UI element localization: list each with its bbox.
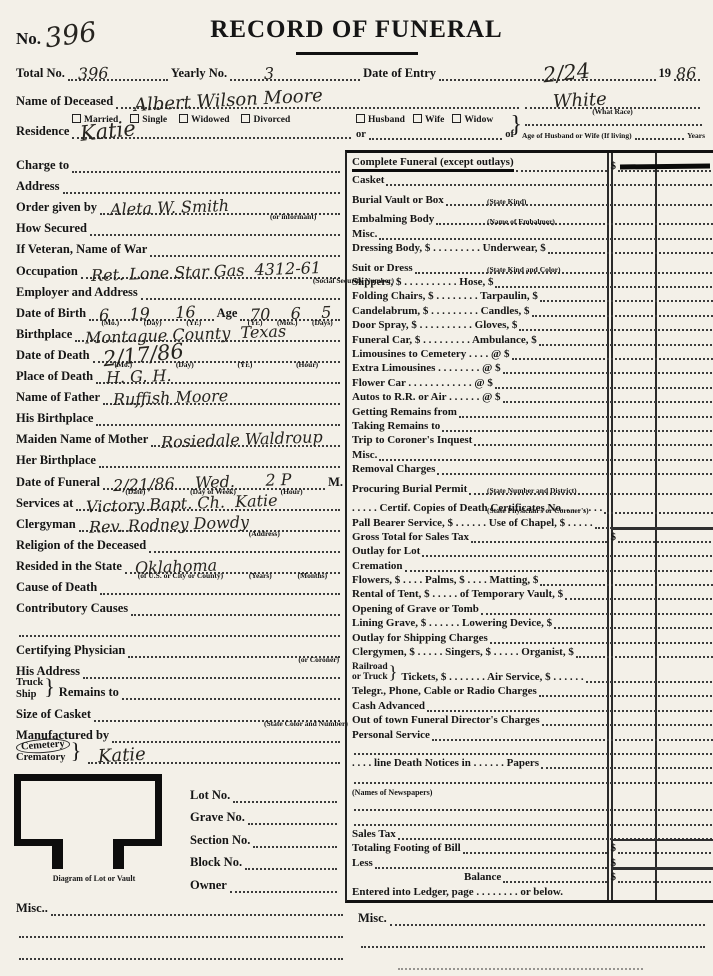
misc-right-faded-leader [398,955,643,970]
lot-leader [245,855,337,870]
field-row-resided-in-the-state: Resided in the StateOklahoma(of U.S. or … [16,553,343,574]
charge-label-cash-advanced: Cash Advanced [352,700,425,712]
field-label-contributory-causes: Contributory Causes [16,601,128,616]
field-leader: 2/17/86(Mo.)(Day)(Yr.)(Hour) [93,348,340,363]
charge-row-limousines-to-cemetery: Limousines to Cemetery . . . . @ $ [352,346,713,360]
charge-label-lining-grave-lowering-device: Lining Grave, $ . . . . . . Lowering Dev… [352,617,552,629]
lot-fields: Lot No.Grave No.Section No.Block No.Owne… [190,780,340,893]
charge-label-folding-chairs-tarpaulin: Folding Chairs, $ . . . . . . . . Tarpau… [352,290,538,302]
field-label-cause-of-death: Cause of Death [16,580,97,595]
misc-right-line-1 [358,926,708,948]
field-row-order-given-by: Order given byAleta W. Smith(or informan… [16,194,343,215]
misc-right-leader-1 [361,933,705,948]
lot-field-section-no: Section No. [190,825,340,848]
field-label-certifying-physician: Certifying Physician [16,643,125,658]
charge-label-suit-or-dress: Suit or Dress [352,262,413,274]
spouse-checkbox-wife [413,114,422,123]
charge-leader [415,263,713,274]
charge-row-procuring-burial-permit: Procuring Burial Permit(State Number and… [352,475,713,495]
charge-leader [586,672,713,683]
field-row-his-address: His Address [16,658,343,679]
charge-row-complete-funeral-except-outlays: Complete Funeral (except outlays)$ [352,156,713,172]
charge-row-line-death-notices-in-papers: . . . . line Death Notices in . . . . . … [352,755,713,769]
charge-label-out-of-town-funeral-director-s-c: Out of town Funeral Director's Charges [352,714,540,726]
charge-row-opening-of-grave-or-tomb: Opening of Grave or Tomb [352,600,713,614]
field-leader [122,685,340,700]
lot-field-lot-no: Lot No. [190,780,340,803]
lot-label-owner: Owner [190,878,227,893]
field-leader: Rev. Rodney Dowdy(Address) [79,517,340,532]
charge-label-opening-of-grave-or-tomb: Opening of Grave or Tomb [352,603,479,615]
field-leader: Oklahoma(of U.S. or City or County)(Year… [125,559,340,574]
charge-leader [432,730,713,741]
charge-row-cash-advanced: Cash Advanced [352,697,713,711]
charge-row-flowers-palms-matting: Flowers, $ . . . . Palms, $ . . . . Matt… [352,572,713,586]
charge-row-balance: Balance$ [352,869,713,883]
charge-leader [554,618,713,629]
left-fields-column: Charge toAddressOrder given byAleta W. S… [16,152,343,764]
charge-label-embalming-body: Embalming Body [352,213,434,225]
age-spouse-topline [522,112,705,126]
charge-leader [422,546,713,557]
field-label-name-of-father: Name of Father [16,390,100,405]
charge-leader [540,575,713,586]
field-row-date-of-birth: Date of Birth6 19 16(Mo.)(Day)(Yr.)Age70… [16,300,343,321]
lot-field-grave-no: Grave No. [190,803,340,826]
field-leader: 6 19 16(Mo.)(Day)(Yr.) [89,306,213,321]
charge-row-extra-limousines: Extra Limousines . . . . . . . . @ $ [352,360,713,374]
charge-leader [576,647,713,658]
field-row-clergyman: ClergymanRev. Rodney Dowdy(Address) [16,511,343,532]
misc-left-label-row: Misc.. [16,894,346,916]
field-leader: (or Coroner) [128,643,340,658]
total-no-label: Total No. [16,66,65,81]
charge-row-getting-remains-from: Getting Remains from [352,403,713,417]
field-row-cemetery: CemeteryCrematory}Katie [16,743,343,764]
misc-left-leader [51,901,343,916]
charge-leader [471,532,607,543]
field-label-charge-to: Charge to [16,158,69,173]
lot-label-grave-no: Grave No. [190,810,245,825]
dollar-sign: $ [611,160,617,172]
spouse-block: HusbandWifeWidow or of } [356,112,514,140]
lot-leader [233,788,337,803]
charge-label-candelabrum-candles: Candelabrum, $ . . . . . . . . . Candles… [352,305,530,317]
diagram-outline [14,774,162,839]
lot-leader [248,810,337,825]
name-line: Albert Wilson Moore [116,94,519,109]
field-label-occupation: Occupation [16,264,78,279]
diagram-leg-right [113,839,124,869]
year-line: 86 [674,66,700,81]
lot-field-block-no: Block No. [190,848,340,871]
stack-word-or-truck: or Truck [352,673,388,683]
charge-row-gross-total-for-sales-tax: Gross Total for Sales Tax$ [352,529,713,543]
field-label-date-of-death: Date of Death [16,348,90,363]
field-row-cause-of-death: Cause of Death [16,574,343,595]
charge-label-names-of-newspapers: (Names of Newspapers) [352,788,432,797]
field-leader [112,728,340,743]
charge-label-outlay-for-lot: Outlay for Lot [352,545,420,557]
charge-row-autos-to-r-r-or-air: Autos to R.R. or Air . . . . . . @ $ [352,389,713,403]
charge-leader [405,561,713,572]
page-title: RECORD OF FUNERAL [0,16,713,44]
misc-left-leader-2 [19,945,343,960]
field-leader [99,453,340,468]
stack-word-truck: Truck [16,677,43,689]
charge-label-less: Less [352,857,373,869]
amount-cell-leader [618,532,713,543]
spouse-husband: Husband [356,114,405,125]
brace: } [389,662,398,683]
charge-row-tickets-air-service: Railroador Truck}Tickets, $ . . . . . . … [352,658,713,683]
field-label-date-of-funeral: Date of Funeral [16,475,100,490]
charge-label-funeral-car-ambulance: Funeral Car, $ . . . . . . . . . Ambulan… [352,334,537,346]
field-leader [96,411,340,426]
charge-leader [539,335,713,346]
handwritten-heavy-line [620,164,710,170]
misc-left-line-1 [16,916,346,938]
field-leader: 70 6 5(Yr.)(Mos.)(Days) [240,306,340,321]
lot-leader [230,878,337,893]
charge-leader [539,686,713,697]
charge-leader [375,858,607,869]
name-value: Albert Wilson Moore [134,87,324,115]
field-leader: Montague County Texas [75,327,340,342]
field-label-how-secured: How Secured [16,221,87,236]
diagram-leg-left [52,839,63,869]
charge-row-outlay-for-shipping-charges: Outlay for Shipping Charges [352,629,713,643]
charge-row-flower-car: Flower Car . . . . . . . . . . . . @ $ [352,374,713,388]
charge-label-getting-remains-from: Getting Remains from [352,406,457,418]
charge-leader [427,701,713,712]
spouse-label-husband: Husband [368,115,405,125]
residence-line: Katie [72,124,351,139]
spouse-wife: Wife [413,114,444,125]
field-leader [100,580,340,595]
field-leader: Victory Bapt. Ch. Katie [76,496,340,511]
yearly-no-value: 3 [264,66,275,82]
spouse-checkboxes: HusbandWifeWidow [356,112,514,126]
charge-label-rental-of-tent-of-temporary-vaul: Rental of Tent, $ . . . . . of Temporary… [352,588,563,600]
field-label-employer-and-address: Employer and Address [16,285,138,300]
charge-row-rental-of-tent-of-temporary-vaul: Rental of Tent, $ . . . . . of Temporary… [352,586,713,600]
misc-right-faded-line [358,948,708,970]
charge-leader [436,214,713,225]
field-leader: Katie [88,749,340,764]
field-row-row [16,616,343,637]
field-stack-cemetery: CemeteryCrematory [16,739,70,764]
charge-leader [481,604,713,615]
field-row-services-at: Services atVictory Bapt. Ch. Katie [16,490,343,511]
charge-label-totaling-footing-of-bill: Totaling Footing of Bill [352,842,461,854]
field-label-address: Address [16,179,60,194]
total-no-value: 396 [78,65,109,82]
field-leader [131,601,340,616]
charge-leader [503,872,606,883]
field-label-size-of-casket: Size of Casket [16,707,91,722]
charge-label-flower-car: Flower Car . . . . . . . . . . . . @ $ [352,377,493,389]
lot-leader [253,833,337,848]
field-row-his-birthplace: His Birthplace [16,405,343,426]
charge-leader [386,175,713,186]
age-spouse-label: Age of Husband or Wife (If living) [522,131,632,140]
charge-row-outlay-for-lot: Outlay for Lot [352,543,713,557]
charge-label-gross-total-for-sales-tax: Gross Total for Sales Tax [352,531,469,543]
charge-label-slippers-hose: Slippers, $ . . . . . . . . . . Hose, $ [352,276,493,288]
field-label-resided-in-the-state: Resided in the State [16,559,122,574]
charge-row-misc: Misc. [352,446,713,460]
field-row-contributory-causes: Contributory Causes [16,595,343,616]
field-row-date-of-funeral: Date of Funeral2/21/86 Wed. 2 P(Date)(Da… [16,468,343,489]
field-row-occupation: OccupationRet. Lone Star Gas 4312-61(Soc… [16,257,343,278]
lot-label-section-no: Section No. [190,833,250,848]
field-leader [63,179,340,194]
dollar-sign: $ [611,842,617,854]
charges-box: Complete Funeral (except outlays)$Casket… [345,150,713,903]
field-label-if-veteran-name-of-war: If Veteran, Name of War [16,242,147,257]
charge-leader [459,407,713,418]
or-leader [369,125,502,140]
field-leader: Ruffish Moore [103,390,340,405]
charge-leader [565,589,713,600]
charge-leader [542,715,713,726]
charge-leader [463,843,607,854]
brace: } [44,674,55,700]
field-row-date-of-death: Date of Death2/17/86(Mo.)(Day)(Yr.)(Hour… [16,342,343,363]
residence-value: Katie [80,118,138,145]
charge-label-balance: Balance [464,871,501,883]
charge-leader [442,421,713,432]
stack-word-ship: Ship [16,689,43,701]
marital-checkbox-divorced [241,114,250,123]
charge-row-slippers-hose: Slippers, $ . . . . . . . . . . Hose, $ [352,274,713,288]
misc-right-label: Misc. [358,911,387,926]
date-entry-label: Date of Entry [363,66,436,81]
amount-cell-leader [618,872,713,883]
race-segment: White (What Race) [525,94,700,109]
lot-field-owner: Owner [190,870,340,893]
charge-leader [437,464,713,475]
lot-vault-diagram: Diagram of Lot or Vault [14,774,176,886]
misc-left-line-2 [16,938,346,960]
total-no-line: 396 [68,66,168,81]
field-label-birthplace: Birthplace [16,327,72,342]
charge-leader [379,229,713,240]
misc-left-faded-leader [56,967,287,976]
entry-row: Total No. 396 Yearly No. 3 Date of Entry… [16,66,703,81]
year-printed: 19 [659,66,672,81]
field-row-her-birthplace: Her Birthplace [16,447,343,468]
field-label-maiden-name-of-mother: Maiden Name of Mother [16,432,148,447]
field-leader [19,622,340,637]
field-label-order-given-by: Order given by [16,200,97,215]
field-leader: Aleta W. Smith(or informant) [100,200,340,215]
charge-label-burial-vault-or-box: Burial Vault or Box [352,194,444,206]
field-row-truck: TruckShip}Remains to [16,679,343,700]
spouse-widow: Widow [452,114,493,125]
charge-label-line-death-notices-in-papers: . . . . line Death Notices in . . . . . … [352,757,539,769]
field-row-how-secured: How Secured [16,215,343,236]
charge-stack-railroad: Railroador Truck [352,663,388,683]
spouse-brace: } [510,112,522,139]
charge-label-tickets-air-service: Tickets, $ . . . . . . . Air Service, $ … [401,671,583,683]
charge-leader [354,815,713,826]
charge-row-door-spray-gloves: Door Spray, $ . . . . . . . . . . Gloves… [352,317,713,331]
misc-left-faded-line [16,960,346,976]
charge-leader [354,744,713,755]
charge-label-outlay-for-shipping-charges: Outlay for Shipping Charges [352,632,488,644]
dollar-sign: $ [611,871,617,883]
charge-row-row [352,811,713,825]
charge-label-autos-to-r-r-or-air: Autos to R.R. or Air . . . . . . @ $ [352,391,501,403]
field-row-if-veteran-name-of-war: If Veteran, Name of War [16,236,343,257]
field-label-date-of-birth: Date of Birth [16,306,86,321]
field-leader: 2/21/86 Wed. 2 P(Date)(Day of Week)(Hour… [103,475,325,490]
spouse-or-line: or of [356,126,514,140]
field-leader [90,221,340,236]
field-row-employer-and-address: Employer and Address [16,279,343,300]
charge-row-suit-or-dress: Suit or Dress(State Kind and Color) [352,254,713,274]
charge-leader [474,435,713,446]
marital-checkbox-widowed [179,114,188,123]
charge-leader [512,349,713,360]
residence-row: Residence Katie [16,124,354,139]
field-leader [149,538,340,553]
misc-left-label: Misc.. [16,901,48,916]
field-leader [141,285,340,300]
charge-row-trip-to-coroner-s-inquest: Trip to Coroner's Inquest [352,432,713,446]
field-label-place-of-death: Place of Death [16,369,93,384]
charge-row-cremation: Cremation [352,557,713,571]
field-row-maiden-name-of-mother: Maiden Name of MotherRosiedale Waldroup [16,426,343,447]
charge-row-embalming-body: Embalming Body(Name of Embalmer) [352,206,713,226]
name-row: Name of Deceased Albert Wilson Moore Whi… [16,94,703,109]
charge-row-clergymen-singers-organist: Clergymen, $ . . . . . Singers, $ . . . … [352,644,713,658]
charge-leader [379,450,713,461]
field-row-certifying-physician: Certifying Physician(or Coroner) [16,637,343,658]
charge-label-misc: Misc. [352,228,377,240]
charge-label-cremation: Cremation [352,560,403,572]
field-leader: Rosiedale Waldroup [151,432,340,447]
charge-row-sales-tax: Sales Tax [352,826,713,840]
charge-leader [548,243,713,254]
charge-row-pall-bearer-service-use-of-chape: Pall Bearer Service, $ . . . . . . Use o… [352,514,713,528]
misc-right-block: Misc. [358,904,708,970]
charge-leader [503,363,713,374]
charge-leader [354,800,713,811]
charge-row-row [352,797,713,811]
charge-row-names-of-newspapers: (Names of Newspapers) [352,784,713,797]
field-row-religion-of-the-deceased: Religion of the Deceased [16,532,343,553]
charge-row-telegr-phone-cable-or-radio-char: Telegr., Phone, Cable or Radio Charges [352,683,713,697]
yearly-no-line: 3 [230,66,360,81]
diagram-caption: Diagram of Lot or Vault [14,874,174,883]
charge-row-casket: Casket [352,172,713,186]
charge-label-telegr-phone-cable-or-radio-char: Telegr., Phone, Cable or Radio Charges [352,685,537,697]
misc-left-leader-1 [19,923,343,938]
dollar-sign: $ [611,531,617,543]
name-label: Name of Deceased [16,94,113,109]
or-label: or [356,129,366,140]
yearly-no-label: Yearly No. [171,66,227,81]
charge-leader [495,277,713,288]
date-entry-line: 2/24 [439,66,655,81]
charge-leader [354,773,713,784]
date-entry-value: 2/24 [542,61,591,87]
charge-row-personal-service: Personal Service [352,726,713,740]
brace: } [71,738,82,764]
charge-leader [541,758,713,769]
field-value-cemetery: Katie [98,745,147,765]
year-value: 86 [676,66,697,83]
charge-row-row [352,769,713,783]
misc-left-block: Misc.. [16,894,346,976]
field-leader: (State Color and Number) [94,707,340,722]
funeral-record-form: No. 396 RECORD OF FUNERAL Total No. 396 … [0,0,713,976]
misc-right-label-row: Misc. [358,904,708,926]
charge-label-removal-charges: Removal Charges [352,463,435,475]
charge-label-procuring-burial-permit: Procuring Burial Permit [352,483,467,495]
charge-rows: Complete Funeral (except outlays)$Casket… [352,156,713,898]
charge-label-limousines-to-cemetery: Limousines to Cemetery . . . . @ $ [352,348,510,360]
charge-row-funeral-car-ambulance: Funeral Car, $ . . . . . . . . . Ambulan… [352,331,713,345]
charge-label-extra-limousines: Extra Limousines . . . . . . . . @ $ [352,362,501,374]
charge-label-casket: Casket [352,174,384,186]
spouse-checkbox-widow [452,114,461,123]
charge-leader [532,306,713,317]
charge-row-folding-chairs-tarpaulin: Folding Chairs, $ . . . . . . . . Tarpau… [352,288,713,302]
residence-label: Residence [16,124,69,139]
charge-row-row [352,741,713,755]
charge-label-pall-bearer-service-use-of-chape: Pall Bearer Service, $ . . . . . . Use o… [352,517,593,529]
charge-label-trip-to-coroner-s-inquest: Trip to Coroner's Inquest [352,434,472,446]
field-leader [150,242,340,257]
charge-label-personal-service: Personal Service [352,729,430,741]
charge-label-misc: Misc. [352,449,377,461]
field-row-name-of-father: Name of FatherRuffish Moore [16,384,343,405]
age-spouse-row: Age of Husband or Wife (If living) Years [522,126,705,140]
charge-label-door-spray-gloves: Door Spray, $ . . . . . . . . . . Gloves… [352,319,517,331]
charge-label-complete-funeral-except-outlays: Complete Funeral (except outlays) [352,156,514,172]
lot-label-block-no: Block No. [190,855,242,870]
age-spouse-leader [635,127,684,140]
charge-label-clergymen-singers-organist: Clergymen, $ . . . . . Singers, $ . . . … [352,646,574,658]
field-leader: H. G. H. [96,369,340,384]
field-row-charge-to: Charge to [16,152,343,173]
field-leader [72,158,340,173]
field-label-age: Age [217,306,238,321]
misc-right-leader [390,911,705,926]
charge-row-removal-charges: Removal Charges [352,461,713,475]
charge-label-dressing-body-underwear: Dressing Body, $ . . . . . . . . . Under… [352,242,546,254]
charge-row-less: Less$ [352,854,713,868]
stack-word-crematory: Crematory [16,752,70,764]
field-row-size-of-casket: Size of Casket(State Color and Number) [16,700,343,721]
charge-leader [519,320,713,331]
charge-row-lining-grave-lowering-device: Lining Grave, $ . . . . . . Lowering Dev… [352,615,713,629]
charge-leader [516,161,607,172]
charge-label-sales-tax: Sales Tax [352,828,396,840]
age-spouse-leader-top [525,113,702,126]
charge-row-entered-into-ledger-page-or-belo: Entered into Ledger, page . . . . . . . … [352,883,713,897]
field-stack-truck: TruckShip [16,677,43,700]
charge-label-taking-remains-to: Taking Remains to [352,420,440,432]
amount-cell-leader [618,843,713,854]
field-row-place-of-death: Place of DeathH. G. H. [16,363,343,384]
field-label-religion-of-the-deceased: Religion of the Deceased [16,538,146,553]
field-suffix: M. [328,475,343,490]
